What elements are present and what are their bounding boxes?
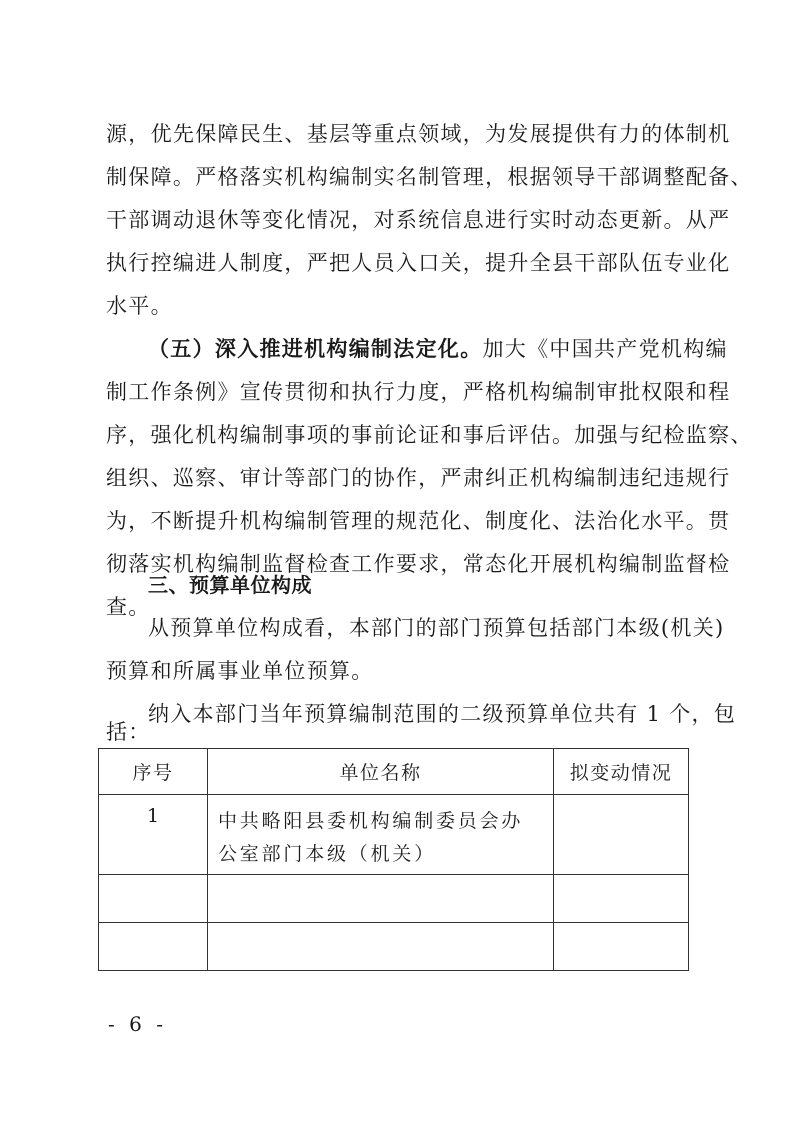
cell-unit-name: 中共略阳县委机构编制委员会办 公室部门本级（机关） [208,795,554,875]
paragraph-line: 组织、巡察、审计等部门的协作，严肃纠正机构编制违纪违规行 [106,464,696,492]
cell-change [554,795,689,875]
section-three-heading: 三、预算单位构成 [148,571,696,599]
paragraph-line: 预算和所属事业单位预算。 [106,657,696,685]
paragraph-line: 括： [106,718,696,746]
table-row [99,875,689,923]
section-five-title: （五）深入推进机构编制法定化。 [148,336,483,361]
paragraph-line: 制保障。严格落实机构编制实名制管理，根据领导干部调整配备、 [106,163,696,191]
paragraph-line: 为，不断提升机构编制管理的规范化、制度化、法治化水平。贯 [106,507,696,535]
section-five-first-line: （五）深入推进机构编制法定化。加大《中国共产党机构编 [148,335,696,363]
table-row [99,923,689,971]
table-row: 1 中共略阳县委机构编制委员会办 公室部门本级（机关） [99,795,689,875]
cell-index: 1 [99,795,208,875]
paragraph-line: 从预算单位构成看，本部门的部门预算包括部门本级(机关) [148,614,696,642]
document-page: 源，优先保障民生、基层等重点领域，为发展提供有力的体制机 制保障。严格落实机构编… [0,0,793,1122]
cell-index [99,875,208,923]
header-index: 序号 [99,749,208,795]
unit-name-line: 中共略阳县委机构编制委员会办 [218,805,545,838]
budget-units-table: 序号 单位名称 拟变动情况 1 中共略阳县委机构编制委员会办 公室部门本级（机关… [98,748,689,971]
cell-change [554,923,689,971]
paragraph-line: 序，强化机构编制事项的事前论证和事后评估。加强与纪检监察、 [106,421,696,449]
header-change: 拟变动情况 [554,749,689,795]
table-header-row: 序号 单位名称 拟变动情况 [99,749,689,795]
header-unit-name: 单位名称 [208,749,554,795]
paragraph-line: 源，优先保障民生、基层等重点领域，为发展提供有力的体制机 [106,120,696,148]
unit-name-line: 公室部门本级（机关） [218,838,545,871]
cell-unit-name [208,875,554,923]
page-number: - 6 - [108,1012,167,1036]
paragraph-line: 干部调动退休等变化情况，对系统信息进行实时动态更新。从严 [106,206,696,234]
paragraph-text: 加大《中国共产党机构编 [483,337,728,361]
paragraph-line: 执行控编进人制度，严把人员入口关，提升全县干部队伍专业化 [106,249,696,277]
cell-index [99,923,208,971]
paragraph-line: 水平。 [106,292,696,320]
cell-change [554,875,689,923]
cell-unit-name [208,923,554,971]
paragraph-line: 制工作条例》宣传贯彻和执行力度，严格机构编制审批权限和程 [106,378,696,406]
